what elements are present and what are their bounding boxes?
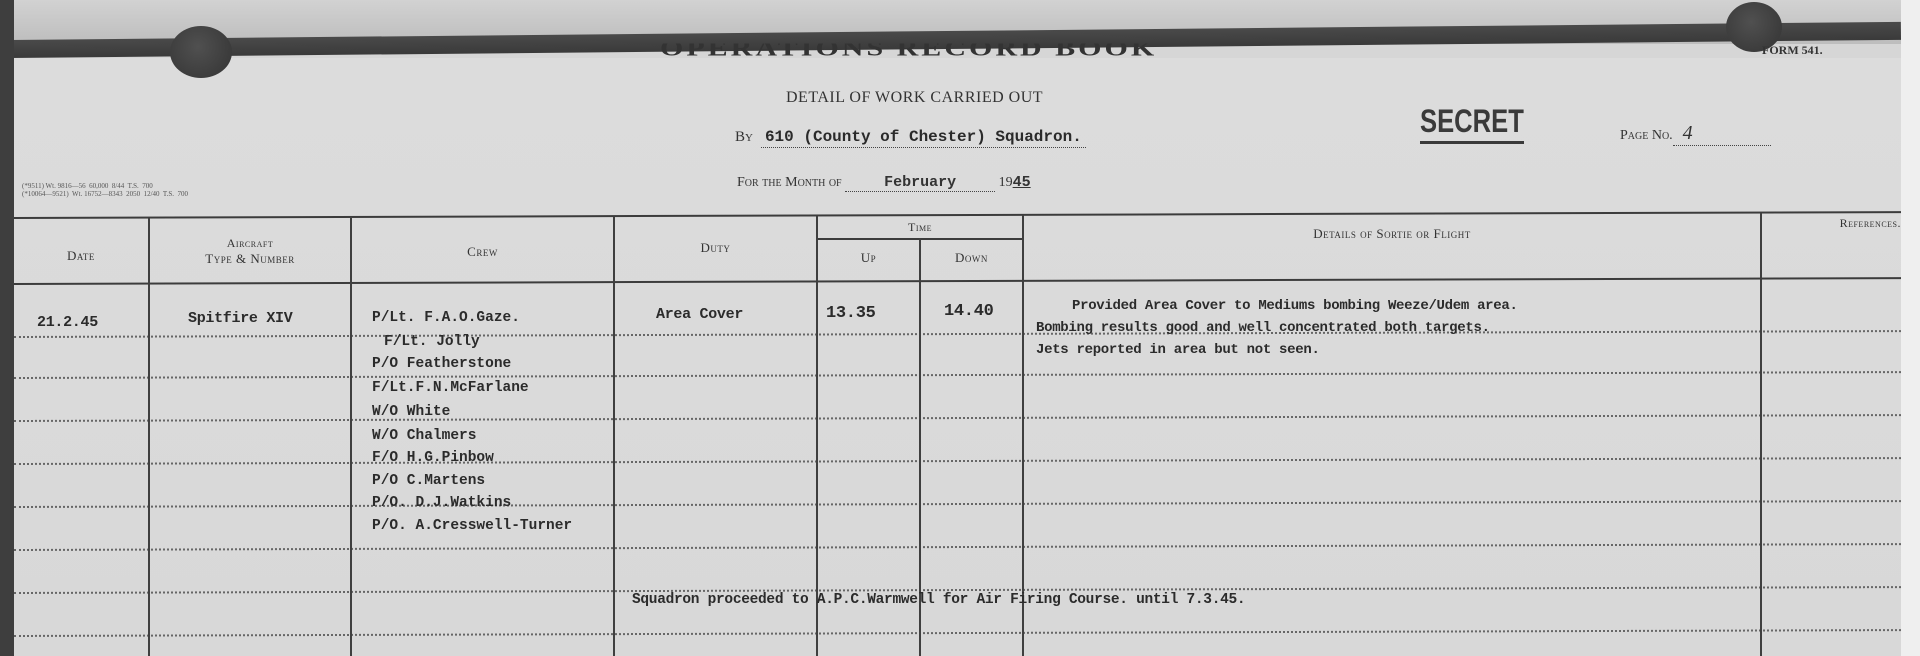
crew-member: F/Lt.F.N.McFarlane xyxy=(372,380,529,396)
col-divider-aircraft xyxy=(350,218,352,656)
header-details: Details of Sortie or Flight xyxy=(1024,226,1760,241)
crew-member: P/O Featherstone xyxy=(372,356,511,372)
header-duty: Duty xyxy=(615,240,816,255)
printer-imprint-line-1: (*9511) Wt. 9816—56 60,000 8/44 T.S. 700 xyxy=(22,182,153,190)
crew-member: P/O. A.Cresswell-Turner xyxy=(372,518,572,534)
col-divider-duty xyxy=(816,216,818,656)
squadron-note: Squadron proceeded to A.P.C.Warmwell for… xyxy=(632,592,1245,608)
printer-imprint: (*9511) Wt. 9816—56 60,000 8/44 T.S. 700… xyxy=(22,182,188,198)
year-suffix: 45 xyxy=(1013,174,1031,191)
details-line: Jets reported in area but not seen. xyxy=(1036,342,1320,358)
document-scan: OPERATIONS RECORD BOOK FORM 541. DETAIL … xyxy=(0,0,1901,656)
entry-duty: Area Cover xyxy=(656,306,743,323)
form-number: FORM 541. xyxy=(1762,43,1823,58)
crew-member: P/O. D.J.Watkins xyxy=(372,495,511,511)
page-number: 4 xyxy=(1673,122,1771,146)
header-aircraft-line-2: Type & Number xyxy=(150,251,350,266)
header-date: Date xyxy=(14,248,148,263)
binder-edge xyxy=(0,0,14,656)
crew-member: F/O H.G.Pinbow xyxy=(372,450,494,466)
month-value: February xyxy=(845,174,995,192)
crew-member: W/O White xyxy=(372,404,450,420)
printer-imprint-line-2: (*10064—9521) Wt. 16752—8343 2050 12/40 … xyxy=(22,190,188,198)
crew-member: W/O Chalmers xyxy=(372,428,476,444)
col-divider-details xyxy=(1760,213,1762,656)
year-prefix: 19 xyxy=(999,175,1013,190)
col-divider-crew xyxy=(613,217,615,656)
entry-time-up: 13.35 xyxy=(826,304,876,323)
by-label: By xyxy=(735,129,753,145)
page-number-line: Page No.4 xyxy=(1620,122,1771,146)
entry-aircraft: Spitfire XIV xyxy=(188,310,292,327)
crew-member: P/Lt. F.A.O.Gaze. xyxy=(372,310,520,326)
month-line: For the Month of February 1945 xyxy=(737,174,1031,192)
details-line: Provided Area Cover to Mediums bombing W… xyxy=(1072,298,1518,314)
punch-hole-left xyxy=(170,26,232,78)
details-line: Bombing results good and well concentrat… xyxy=(1036,320,1490,336)
classification-stamp: SECRET xyxy=(1420,103,1524,144)
header-crew: Crew xyxy=(352,244,613,259)
squadron-name: 610 (County of Chester) Squadron. xyxy=(761,128,1086,148)
crew-member: F/Lt. Jolly xyxy=(384,334,480,350)
header-aircraft: Aircraft Type & Number xyxy=(150,236,350,266)
month-label: For the Month of xyxy=(737,175,842,190)
entry-date: 21.2.45 xyxy=(37,314,98,331)
col-divider-date xyxy=(148,218,150,656)
page-label: Page No. xyxy=(1620,128,1673,143)
col-divider-down xyxy=(1022,215,1024,656)
header-aircraft-line-1: Aircraft xyxy=(150,236,350,251)
header-time-up: Up xyxy=(818,250,919,265)
header-references: References. xyxy=(1762,216,1901,231)
header-time: Time xyxy=(818,220,1022,235)
entry-time-down: 14.40 xyxy=(944,302,994,321)
crew-member: P/O C.Martens xyxy=(372,473,485,489)
document-subtitle: DETAIL OF WORK CARRIED OUT xyxy=(786,89,1043,107)
header-time-down: Down xyxy=(921,250,1022,265)
squadron-line: By610 (County of Chester) Squadron. xyxy=(735,128,1086,146)
